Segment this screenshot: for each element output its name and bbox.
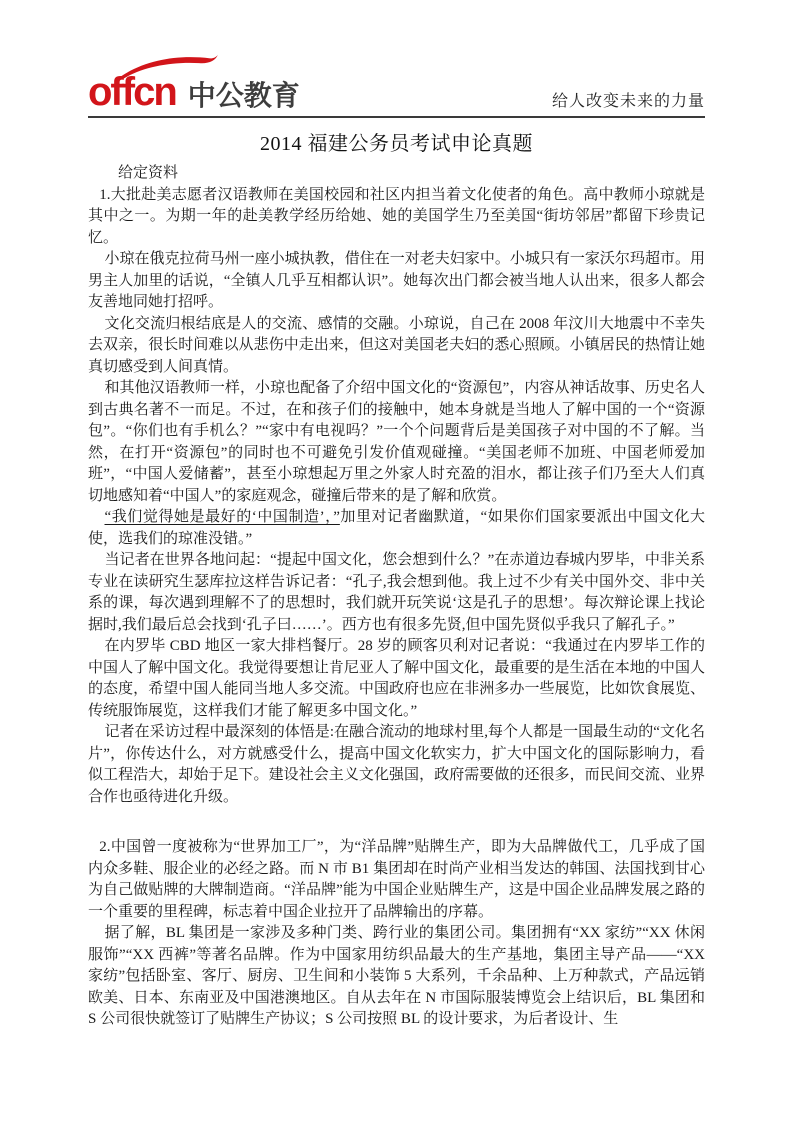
page-title: 2014 福建公务员考试申论真题 [88, 127, 705, 156]
letterhead: offcn 中公教育 给人改变未来的力量 [88, 50, 705, 112]
paragraph-2: 小琼在俄克拉荷马州一座小城执教，借住在一对老夫妇家中。小城只有一家沃尔玛超市。用… [88, 249, 705, 314]
document-page: offcn 中公教育 给人改变未来的力量 2014 福建公务员考试申论真题 给定… [0, 0, 793, 1122]
paragraph-3: 文化交流归根结底是人的交流、感情的交融。小琼说，自己在 2008 年汶川大地震中… [88, 314, 705, 379]
header-divider [88, 116, 705, 118]
paragraph-7: 在内罗毕 CBD 地区一家大排档餐厅。28 岁的顾客贝利对记者说：“我通过在内罗… [88, 636, 705, 722]
paragraph-5: “我们觉得她是最好的‘中国制造’，”加里对记者幽默道，“如果你们国家要派出中国文… [88, 507, 705, 550]
underlined-quote: “我们觉得她是最好的‘中国制造’，” [105, 509, 340, 525]
paragraph-10: 据了解，BL 集团是一家涉及多种门类、跨行业的集团公司。集团拥有“XX 家纺”“… [88, 923, 705, 1031]
tagline: 给人改变未来的力量 [552, 88, 705, 112]
paragraph-6: 当记者在世界各地问起：“提起中国文化，您会想到什么？”在赤道边春城内罗毕，中非关… [88, 550, 705, 636]
logo-swoosh-icon [116, 52, 218, 82]
offcn-logo: offcn 中公教育 [88, 58, 300, 112]
document-body: 给定资料 1.大批赴美志愿者汉语教师在美国校园和社区内担当着文化使者的角色。高中… [88, 163, 705, 1031]
section-label: 给定资料 [88, 163, 705, 185]
paragraph-4: 和其他汉语教师一样，小琼也配备了介绍中国文化的“资源包”，内容从神话故事、历史名… [88, 378, 705, 507]
logo-text-cn: 中公教育 [188, 82, 300, 112]
paragraph-9: 2.中国曾一度被称为“世界加工厂”，为“洋品牌”贴牌生产，即为大品牌做代工，几乎… [88, 837, 705, 923]
paragraph-8: 记者在采访过程中最深刻的体悟是:在融合流动的地球村里,每个人都是一国最生动的“文… [88, 722, 705, 808]
paragraph-1: 1.大批赴美志愿者汉语教师在美国校园和社区内担当着文化使者的角色。高中教师小琼就… [88, 185, 705, 250]
